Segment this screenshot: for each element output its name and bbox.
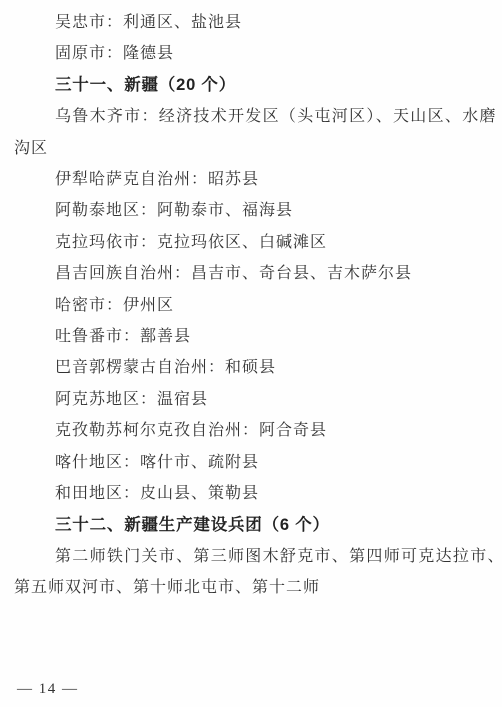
section-heading: 三十二、新疆生产建设兵团（6 个） [14, 510, 498, 541]
document-line: 昌吉回族自治州：昌吉市、奇台县、吉木萨尔县 [14, 258, 498, 289]
document-line: 喀什地区：喀什市、疏附县 [14, 447, 498, 478]
document-line: 沟区 [14, 133, 498, 164]
document-line: 吐鲁番市：鄯善县 [14, 321, 498, 352]
document-line: 哈密市：伊州区 [14, 290, 498, 321]
document-line: 第二师铁门关市、第三师图木舒克市、第四师可克达拉市、 [14, 541, 498, 572]
document-line: 吴忠市：利通区、盐池县 [14, 7, 498, 38]
document-line: 伊犁哈萨克自治州：昭苏县 [14, 164, 498, 195]
document-line: 阿勒泰地区：阿勒泰市、福海县 [14, 195, 498, 226]
document-page: 吴忠市：利通区、盐池县 固原市：隆德县 三十一、新疆（20 个） 乌鲁木齐市：经… [0, 0, 502, 707]
document-line: 克孜勒苏柯尔克孜自治州：阿合奇县 [14, 415, 498, 446]
document-line: 巴音郭楞蒙古自治州：和硕县 [14, 352, 498, 383]
page-number: — 14 — [17, 681, 79, 698]
document-line: 和田地区：皮山县、策勒县 [14, 478, 498, 509]
document-body: 吴忠市：利通区、盐池县 固原市：隆德县 三十一、新疆（20 个） 乌鲁木齐市：经… [14, 7, 498, 604]
document-line: 固原市：隆德县 [14, 38, 498, 69]
document-line: 克拉玛依市：克拉玛依区、白碱滩区 [14, 227, 498, 258]
document-line: 乌鲁木齐市：经济技术开发区（头屯河区）、天山区、水磨 [14, 101, 498, 132]
section-heading: 三十一、新疆（20 个） [14, 70, 498, 101]
document-line: 第五师双河市、第十师北屯市、第十二师 [14, 572, 498, 603]
document-line: 阿克苏地区：温宿县 [14, 384, 498, 415]
